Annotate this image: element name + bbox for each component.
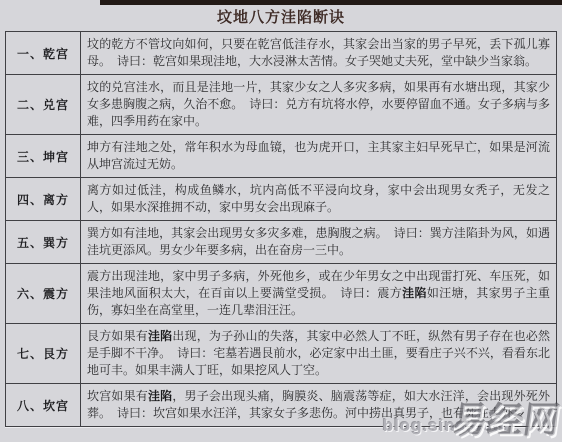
page: 坟地八方洼陷断诀 一、乾宫 坟的乾方不管坟向如何，只要在乾宫低洼存水，其家会出当… <box>0 0 562 442</box>
row-text-pre: 巽方如有洼地，其家会出现男女多灾多难，患胸腹之病。 诗曰：巽方洼陷卦为风，如遇洼… <box>87 226 550 257</box>
row-content: 离方如过低洼，构成鱼鳞水，坑内高低不平浸向坟身，家中会出现男女秃子，无发之人，如… <box>81 178 557 221</box>
table-row: 五、巽方 巽方如有洼地，其家会出现男女多灾多难，患胸腹之病。 诗曰：巽方洼陷卦为… <box>6 221 557 264</box>
row-label: 二、兑宫 <box>6 75 81 135</box>
row-text-bold: 洼陷 <box>402 286 427 300</box>
table-row: 二、兑宫 坟的兑宫洼水，而且是洼地一片，其家少女之人多灾多病，如果再有水塘出现，… <box>6 75 557 135</box>
table-row: 六、震方 震方出现洼地，家中男子多病，外死他乡，或在少年男女之中出现雷打死、车压… <box>6 264 557 324</box>
table-row: 四、离方 离方如过低洼，构成鱼鳞水，坑内高低不平浸向坟身，家中会出现男女秃子，无… <box>6 178 557 221</box>
table-row: 三、坤宫 坤方有洼地之处，常年积水为母血镜，也为虎开口，主其家主妇早死早亡，如果… <box>6 135 557 178</box>
row-label: 七、艮方 <box>6 324 81 384</box>
row-text-pre: 坟的乾方不管坟向如何，只要在乾宫低洼存水，其家会出当家的男子早死，丢下孤儿寡母。… <box>87 37 550 68</box>
bagua-table: 一、乾宫 坟的乾方不管坟向如何，只要在乾宫低洼存水，其家会出当家的男子早死，丢下… <box>5 31 557 427</box>
row-label: 三、坤宫 <box>6 135 81 178</box>
row-text-pre: 坤方有洼地之处，常年积水为母血镜，也为虎开口，主其家主妇早死早亡，如果是河流从坤… <box>87 140 550 171</box>
table-row: 七、艮方 艮方如果有洼陷出现，为子孙山的失落，其家中必然人丁不旺，纵然有男子存在… <box>6 324 557 384</box>
watermark-logo: 易经网 <box>449 400 562 442</box>
row-text-bold: 洼陷 <box>148 389 172 403</box>
row-content: 坟的兑宫洼水，而且是洼地一片，其家少女之人多灾多病，如果再有水塘出现，其家少女多… <box>81 75 557 135</box>
row-text-pre: 坎宫如果有 <box>87 389 148 403</box>
row-text-pre: 离方如过低洼，构成鱼鳞水，坑内高低不平浸向坟身，家中会出现男女秃子，无发之人，如… <box>87 183 550 214</box>
row-text-bold: 洼陷 <box>148 329 172 343</box>
row-label: 一、乾宫 <box>6 32 81 75</box>
row-content: 艮方如果有洼陷出现，为子孙山的失落，其家中必然人丁不旺，纵然有男子存在也必然是手… <box>81 324 557 384</box>
row-label: 八、坎宫 <box>6 384 81 427</box>
row-label: 四、离方 <box>6 178 81 221</box>
row-content: 坟的乾方不管坟向如何，只要在乾宫低洼存水，其家会出当家的男子早死，丢下孤儿寡母。… <box>81 32 557 75</box>
row-content: 巽方如有洼地，其家会出现男女多灾多难，患胸腹之病。 诗曰：巽方洼陷卦为风，如遇洼… <box>81 221 557 264</box>
row-content: 坤方有洼地之处，常年积水为母血镜，也为虎开口，主其家主妇早死早亡，如果是河流从坤… <box>81 135 557 178</box>
table-row: 一、乾宫 坟的乾方不管坟向如何，只要在乾宫低洼存水，其家会出当家的男子早死，丢下… <box>6 32 557 75</box>
row-label: 五、巽方 <box>6 221 81 264</box>
row-text-pre: 坟的兑宫洼水，而且是洼地一片，其家少女之人多灾多病，如果再有水塘出现，其家少女多… <box>87 80 550 128</box>
row-text-pre: 艮方如果有 <box>87 329 148 343</box>
row-label: 六、震方 <box>6 264 81 324</box>
row-content: 震方出现洼地，家中男子多病，外死他乡，或在少年男女之中出现雷打死、车压死，如果洼… <box>81 264 557 324</box>
top-dark-bar <box>100 0 562 5</box>
